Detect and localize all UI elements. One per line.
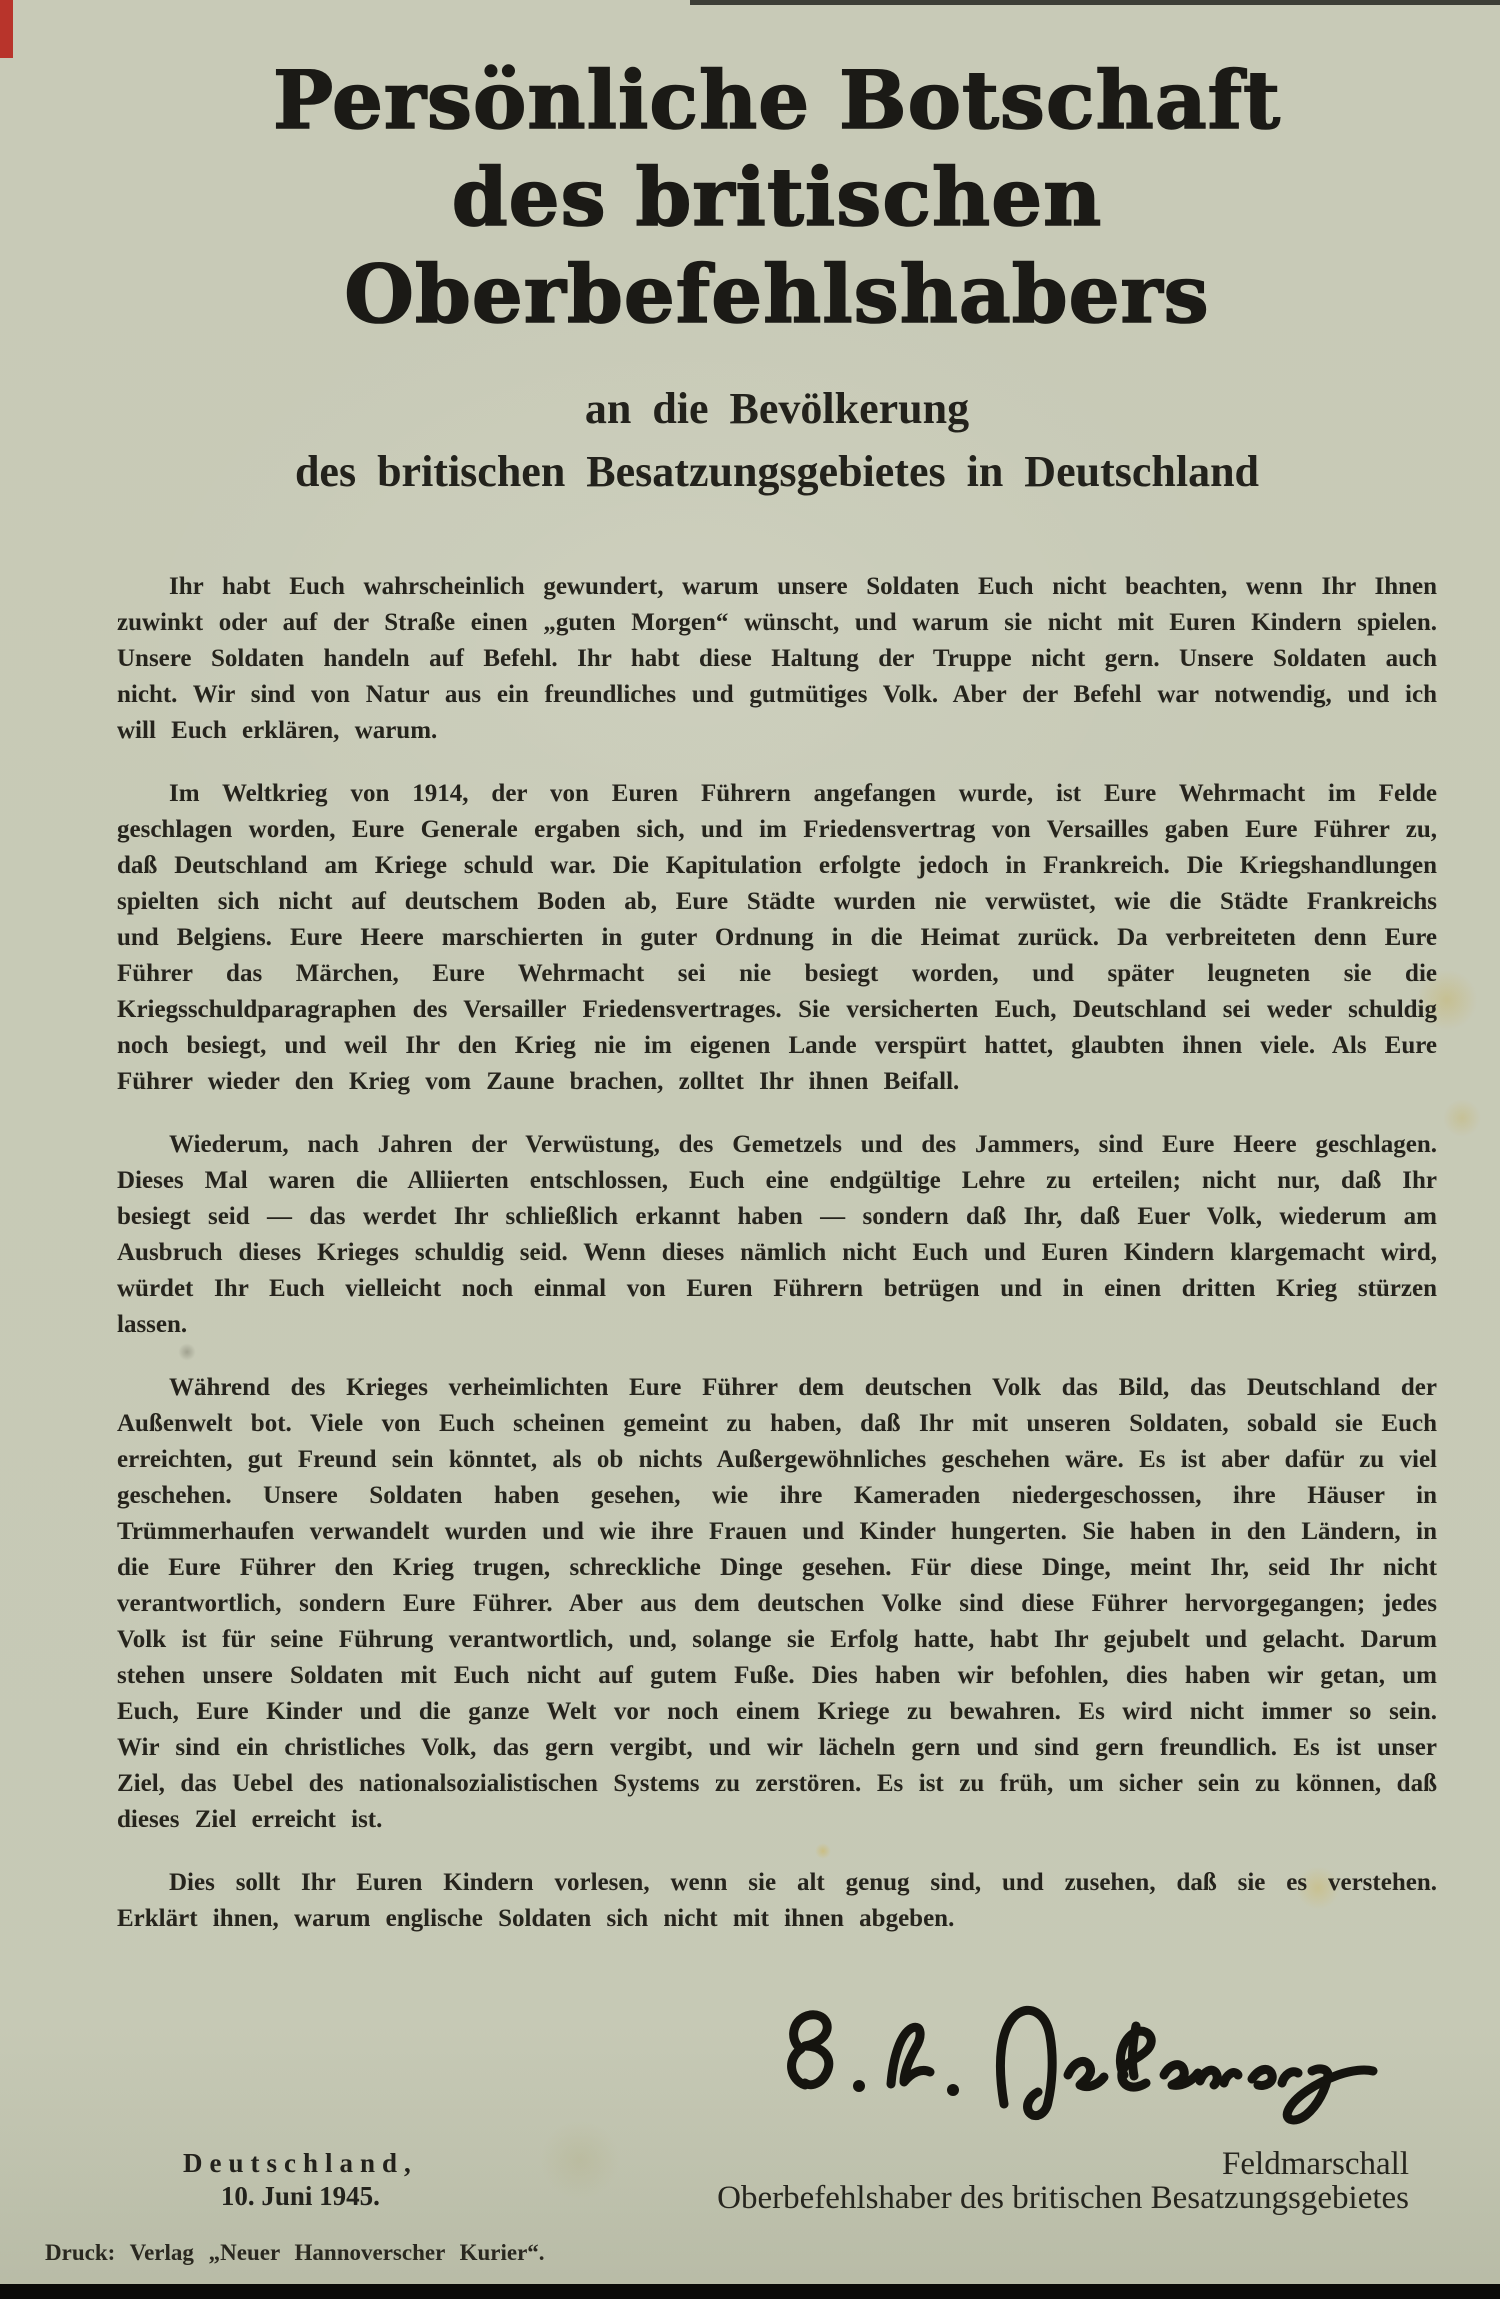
signature <box>771 1983 1431 2133</box>
document-title: Persönliche Botschaft des britischen Obe… <box>117 52 1437 343</box>
scan-edge-bottom <box>0 2284 1500 2299</box>
paragraph-4: Während des Krieges verheimlichten Eure … <box>117 1370 1437 1838</box>
document-title-line1: Persönliche Botschaft <box>117 52 1437 149</box>
footer-dateline: Deutschland, 10. Juni 1945. <box>183 2147 418 2213</box>
footer-place: Deutschland, <box>183 2147 418 2180</box>
scan-edge-red <box>0 0 13 58</box>
imprint: Druck: Verlag „Neuer Hannoverscher Kurie… <box>45 2240 545 2266</box>
footer-signatory-title: Feldmarschall Oberbefehlshaber des briti… <box>717 2147 1409 2215</box>
document-subtitle-line1: an die Bevölkerung <box>117 377 1437 440</box>
document-body: Ihr habt Euch wahrscheinlich gewundert, … <box>117 569 1437 1937</box>
document-subtitle-line2: des britischen Besatzungsgebietes in Deu… <box>117 440 1437 503</box>
footer-position: Oberbefehlshaber des britischen Besatzun… <box>717 2181 1409 2215</box>
paragraph-3: Wiederum, nach Jahren der Verwüstung, de… <box>117 1127 1437 1343</box>
paragraph-5: Dies sollt Ihr Euren Kindern vorlesen, w… <box>117 1865 1437 1937</box>
signature-handwriting-icon <box>771 1983 1431 2133</box>
footer-date: 10. Juni 1945. <box>183 2180 418 2213</box>
leaflet-content: Persönliche Botschaft des britischen Obe… <box>117 0 1437 2215</box>
document-subtitle: an die Bevölkerung des britischen Besatz… <box>117 377 1437 503</box>
footer-rank: Feldmarschall <box>717 2147 1409 2181</box>
document-title-line2: des britischen Oberbefehlshabers <box>117 149 1437 343</box>
paragraph-2: Im Weltkrieg von 1914, der von Euren Füh… <box>117 776 1437 1100</box>
leaflet-page: Persönliche Botschaft des britischen Obe… <box>0 0 1500 2299</box>
paragraph-1: Ihr habt Euch wahrscheinlich gewundert, … <box>117 569 1437 749</box>
footer: Deutschland, 10. Juni 1945. Feldmarschal… <box>117 2147 1437 2215</box>
